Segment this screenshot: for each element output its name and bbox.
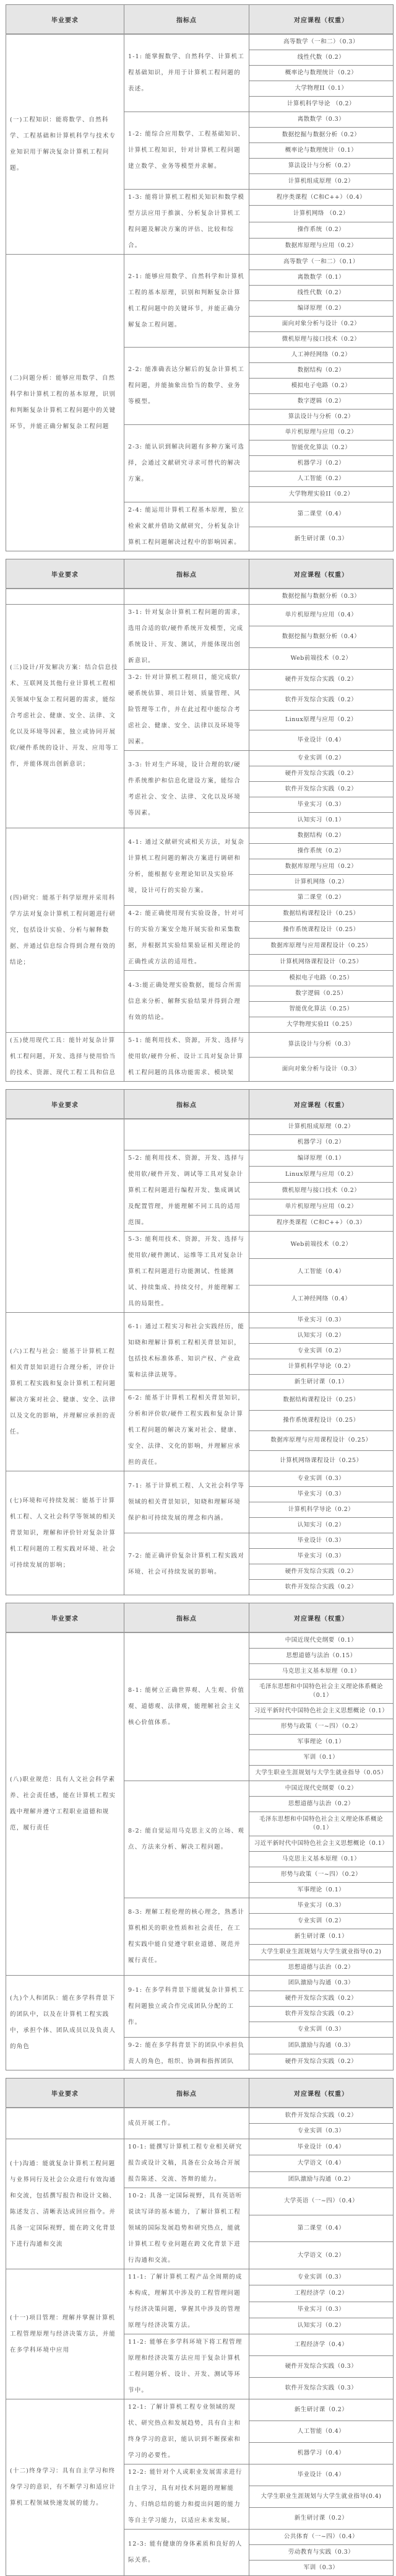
- course-cell: 计算机组成原理（0.2）: [249, 1119, 394, 1135]
- indicator-cell: 6-1: 通过工程实习和社会实践经历，能知晓和理解计算机工程相关背景知识，包括技…: [124, 1313, 249, 1390]
- course-cell: 大学语文（0.2）: [249, 2242, 394, 2269]
- course-cell: Web前端技术（0.2）: [249, 648, 394, 670]
- course-cell: 操作系统课程设计（0.25）: [249, 1410, 394, 1430]
- course-cell: 第二课堂（0.4）: [249, 2215, 394, 2242]
- indicator-cell: 7-2: 能正确评价复杂计算机工程实践对环境、社会可持续发展的影响。: [124, 1533, 249, 1595]
- table-row: (四)研究：能基于科学原理并采用科学方法对复杂计算机工程问题进行研究，包括设计实…: [6, 828, 394, 844]
- indicator-cell: 11-1: 了解计算机工程产品全周期的成本构成，理解其中涉及的工程管理问题与经济…: [124, 2269, 249, 2334]
- table-row: 成员开展工作。软件开发综合实践（0.2）: [6, 2108, 394, 2124]
- table-header-row: 毕业要求 指标点 对应课程（权重）: [6, 1090, 394, 1119]
- course-cell: 机器学习（0.2）: [249, 456, 394, 471]
- requirement-cell: (十)沟通：能就复杂计算机工程问题与业界同行及社会公众进行有效沟通和交流，包括撰…: [6, 2139, 124, 2269]
- course-cell: 硬件开发综合实践（0.2）: [249, 1991, 394, 2007]
- indicator-cell: 12-2: 能针对个人或职业发展需求进行自主学习，具有对技术问题的理解能力、归纳…: [124, 2464, 249, 2530]
- course-cell: 大学物理II（0.1）: [249, 81, 394, 97]
- course-cell: 面向对象分析与设计（0.3）: [249, 1057, 394, 1082]
- course-cell: 单片机原理与应用（0.4）: [249, 605, 394, 626]
- course-cell: 专业实训（0.2）: [249, 1914, 394, 1929]
- requirement-cell: (十二)终身学习：具有自主学习和终身学习的意识，有不断学习和适应计算机工程领域快…: [6, 2399, 124, 2576]
- course-cell: 思想道德与法治（0.2）: [249, 1960, 394, 1976]
- course-cell: 硬件开发综合实践（0.2）: [249, 766, 394, 782]
- course-cell: 计算机科学导论 （0.2）: [249, 97, 394, 112]
- course-cell: 大学生职业生涯规划与大学生就业指导（0.05）: [249, 1766, 394, 1781]
- course-cell: 编译原理（0.2）: [249, 301, 394, 317]
- header-courses: 对应课程（权重）: [249, 5, 394, 35]
- course-cell: 人工智能（0.4）: [249, 1258, 394, 1286]
- course-cell: 军训（0.1）: [249, 1750, 394, 1766]
- course-cell: 毕业设计（0.3）: [249, 1533, 394, 1549]
- course-cell: 新生研讨课（0.2）: [249, 2399, 394, 2421]
- course-cell: 认知实习（0.1）: [249, 813, 394, 828]
- table-page: 毕业要求 指标点 对应课程（权重） 计算机组成原理（0.2）机器学习（0.2）5…: [6, 1089, 393, 1595]
- course-cell: 军训（0.3）: [249, 2561, 394, 2576]
- course-cell: 专业实训（0.3）: [249, 2124, 394, 2139]
- indicator-cell: 1-3: 能将计算机工程相关知识和数学模型方法应用于推演、分析复杂计算机工程问题…: [124, 190, 249, 255]
- course-cell: 高等数学（一和二）（0.1）: [249, 255, 394, 270]
- course-cell: 毕业实习（0.3）: [249, 1313, 394, 1328]
- course-cell: 人工智能（0.2）: [249, 471, 394, 487]
- indicator-cell: 12-3: 能有健康的身体素质和良好的人际关系。: [124, 2530, 249, 2576]
- course-cell: 模拟电子电路（0.2）: [249, 379, 394, 394]
- course-cell: 认知实习（0.2）: [249, 2318, 394, 2334]
- course-cell: 大学生职业生涯规划与大学生就业指导(0.2): [249, 1945, 394, 1960]
- course-cell: 线性代数（0.2）: [249, 286, 394, 301]
- indicator-cell: 11-2: 能够在多学科环境下将工程管理原理和经济决策方法应用于复杂计算机工程问…: [124, 2334, 249, 2399]
- indicator-cell: 3-3: 针对生产环境，设计合理的软/硬件系统维护和信息化建设方案，能综合考虑社…: [124, 751, 249, 828]
- indicator-cell: 4-1: 通过文献研究或相关方法，对复杂计算机工程问题的解决方案进行调研和分析，…: [124, 828, 249, 906]
- course-cell: 工程经济学（0.2）: [249, 2285, 394, 2302]
- requirement-cell: [6, 2108, 124, 2139]
- course-cell: 大学生职业生涯规划与大学生就业指导(0.4): [249, 2486, 394, 2508]
- table-row: (五)使用现代工具：能针对复杂计算机工程问题，开发、选择与使用恰当的技术、资源、…: [6, 1033, 394, 1058]
- table-row: 计算机组成原理（0.2）: [6, 1119, 394, 1135]
- requirements-table: 毕业要求 指标点 对应课程（权重） 数据挖掘与数据分析（0.3）(三)设计/开发…: [6, 559, 394, 1082]
- course-cell: 思想道德与法治（0.15）: [249, 1649, 394, 1664]
- course-cell: 新生研讨课（0.3）: [249, 527, 394, 551]
- course-cell: 数据库原理与应用（0.2）: [249, 859, 394, 875]
- header-courses: 对应课程（权重）: [249, 559, 394, 589]
- indicator-cell: 5-2: 能利用技术、资源，开发、选择与使用软/硬件开发、调试等工具对复杂计算机…: [124, 1150, 249, 1232]
- table-header-row: 毕业要求 指标点 对应课程（权重）: [6, 1603, 394, 1633]
- course-cell: Linux原理与应用（0.2）: [249, 1167, 394, 1183]
- header-indicator: 指标点: [124, 1603, 249, 1633]
- course-cell: 毕业实习（0.3）: [249, 1898, 394, 1914]
- course-cell: 算法设计与分析（0.2）: [249, 410, 394, 425]
- indicator-cell: 5-1: 能利用技术、资源，开发、选择与使用软/硬件分析、设计工具对复杂计算机工…: [124, 1033, 249, 1082]
- requirement-cell: [6, 1119, 124, 1313]
- indicator-cell: [124, 1119, 249, 1150]
- course-cell: 人工神经网络（0.4）: [249, 1286, 394, 1313]
- indicator-cell: 3-1: 针对复杂计算机工程问题的需求，选用合适的软/硬件系统开发模型，完成系统…: [124, 605, 249, 670]
- course-cell: 专业实训（0.3）: [249, 1471, 394, 1487]
- course-cell: Web前端技术（0.2）: [249, 1232, 394, 1259]
- header-requirement: 毕业要求: [6, 559, 124, 589]
- indicator-cell: 8-2: 能自觉运用马克思主义的立场、观点、方法来分析、解决工程问题。: [124, 1781, 249, 1898]
- table-row: (七)环境和可持续发展：能基于计算机工程、人文社会科学等领域的相关背景知识，理解…: [6, 1471, 394, 1487]
- course-cell: 习近平新时代中国特色社会主义思想概论（0.1）: [249, 1836, 394, 1852]
- course-cell: 数据结构（0.2）: [249, 828, 394, 844]
- course-cell: 专业实训（0.2）: [249, 1344, 394, 1359]
- header-requirement: 毕业要求: [6, 5, 124, 35]
- course-cell: 概率论与数理统计（0.1）: [249, 143, 394, 159]
- requirement-cell: (七)环境和可持续发展：能基于计算机工程、人文社会科学等领域的相关背景知识，理解…: [6, 1471, 124, 1595]
- course-cell: 公共体育（一~四）（0.4）: [249, 2530, 394, 2545]
- course-cell: 程序类课程（C和C++）（0.4）: [249, 190, 394, 206]
- course-cell: 认知实习（0.2）: [249, 1328, 394, 1344]
- indicator-cell: 12-1: 了解计算机工程专业领域的现状、研究热点和发展趋势，具有自主和终身学习…: [124, 2399, 249, 2464]
- course-cell: 新生研讨课（0.2）: [249, 2508, 394, 2530]
- course-cell: 新生研讨课（0.1）: [249, 1929, 394, 1945]
- table-page: 毕业要求 指标点 对应课程（权重） 数据挖掘与数据分析（0.3）(三)设计/开发…: [6, 559, 393, 1082]
- requirement-cell: (十一)项目管理：理解并掌握计算机工程管理原理与经济决策方法，并能在多学科环境中…: [6, 2269, 124, 2399]
- header-requirement: 毕业要求: [6, 2079, 124, 2108]
- course-cell: 离散数学（0.3）: [249, 112, 394, 128]
- table-page: 毕业要求 指标点 对应课程（权重） 成员开展工作。软件开发综合实践（0.2）专业…: [6, 2078, 393, 2576]
- course-cell: 毕业实习（0.3）: [249, 1487, 394, 1502]
- table-row: (三)设计/开发解决方案：结合信息技术、互联网及其他行业计算机工程相关领域中复杂…: [6, 605, 394, 626]
- indicator-cell: 7-1: 基于计算机工程、人文社会科学等领域的相关背景知识，知晓和理解环境保护和…: [124, 1471, 249, 1533]
- course-cell: 软件开发综合实践（0.2）: [249, 2108, 394, 2124]
- course-cell: 算法设计与分析（0.2）: [249, 159, 394, 174]
- course-cell: Linux原理与应用（0.2）: [249, 710, 394, 730]
- course-cell: 智能优化算法（0.25）: [249, 1002, 394, 1017]
- indicator-cell: 成员开展工作。: [124, 2108, 249, 2139]
- course-cell: 软件开发综合实践（0.3）: [249, 2378, 394, 2399]
- indicator-cell: 6-2: 能基于计算机工程相关背景知识，分析和评价软/硬件工程实践和复杂计算机工…: [124, 1390, 249, 1471]
- course-cell: 团队激励与沟通（0.3）: [249, 2038, 394, 2054]
- table-header-row: 毕业要求 指标点 对应课程（权重）: [6, 559, 394, 589]
- table-row: (六)工程与社会：能基于计算机工程相关背景知识进行合理分析，评价计算机工程实践和…: [6, 1313, 394, 1328]
- course-cell: 操作系统（0.2）: [249, 844, 394, 859]
- course-cell: 数据结构课程设计（0.25）: [249, 1390, 394, 1411]
- course-cell: 形势与政策（一~四）（0.2）: [249, 1867, 394, 1883]
- course-cell: 微机原理与接口技术（0.2）: [249, 332, 394, 348]
- course-cell: 软件开发综合实践（0.2）: [249, 782, 394, 797]
- indicator-cell: 8-3: 理解工程伦理的核心理念，熟悉计算机相关的职业性质和社会责任，在工程实践…: [124, 1898, 249, 1976]
- course-cell: 专业实训（0.2）: [249, 751, 394, 766]
- course-cell: 大学语文（0.4）: [249, 2155, 394, 2171]
- indicator-cell: 10-1: 能撰写计算机工程专业相关研究报告或设计文稿，具备在公众场合开展报告陈…: [124, 2139, 249, 2188]
- course-cell: 数据挖掘与数据分析（0.3）: [249, 589, 394, 605]
- requirements-table: 毕业要求 指标点 对应课程（权重） 计算机组成原理（0.2）机器学习（0.2）5…: [6, 1089, 394, 1595]
- course-cell: 大学物理实验II（0.25）: [249, 1017, 394, 1033]
- table-row: (十)沟通：能就复杂计算机工程问题与业界同行及社会公众进行有效沟通和交流，包括撰…: [6, 2139, 394, 2155]
- course-cell: 毛泽东思想和中国特色社会主义理论体系概论（0.1）: [249, 1812, 394, 1836]
- course-cell: 人工神经网络（0.2）: [249, 348, 394, 363]
- course-cell: 毛泽东思想和中国特色社会主义理论体系概论（0.1）: [249, 1680, 394, 1704]
- course-cell: 人工智能（0.4）: [249, 2421, 394, 2443]
- header-courses: 对应课程（权重）: [249, 2079, 394, 2108]
- course-cell: 软件开发综合实践（0.2）: [249, 690, 394, 710]
- indicator-cell: [124, 589, 249, 605]
- course-cell: 智能优化算法（0.2）: [249, 440, 394, 456]
- course-cell: 数字逻辑（0.2）: [249, 394, 394, 410]
- course-cell: 计算机组成原理（0.2）: [249, 174, 394, 190]
- requirements-table: 毕业要求 指标点 对应课程（权重） (八)职业规范：具有人文社会科学素养、社会责…: [6, 1603, 394, 2070]
- course-cell: 毕业实习（0.3）: [249, 1549, 394, 1564]
- course-cell: 毕业实习（0.3）: [249, 2302, 394, 2318]
- table-row: (九)个人和团队：能在多学科背景下的团队中，以及在计算机工程实践中，承担个体、团…: [6, 1976, 394, 1991]
- indicator-cell: 4-2: 能正确使用现有实验设备，针对可行的实验方案安全地开展实验和采集数据，并…: [124, 906, 249, 971]
- course-cell: 数据结构课程设计（0.25）: [249, 906, 394, 922]
- course-cell: 第二课堂（0.4）: [249, 502, 394, 527]
- course-cell: 硬件开发综合实践（0.3）: [249, 2356, 394, 2378]
- course-cell: 机器学习（0.2）: [249, 1135, 394, 1150]
- course-cell: 模拟电子电路（0.25）: [249, 971, 394, 986]
- course-cell: 中国近现代史纲要（0.2）: [249, 1781, 394, 1797]
- course-cell: 思想道德与法治（0.2）: [249, 1797, 394, 1812]
- course-cell: 习近平新时代中国特色社会主义思想概论（0.1）: [249, 1704, 394, 1719]
- course-cell: 操作系统（0.2）: [249, 222, 394, 238]
- course-cell: 硬件开发综合实践（0.2）: [249, 1564, 394, 1580]
- requirements-table: 毕业要求 指标点 对应课程（权重） (一)工程知识：能将数学、自然科学、工程基础…: [6, 4, 394, 551]
- table-page: 毕业要求 指标点 对应课程（权重） (八)职业规范：具有人文社会科学素养、社会责…: [6, 1603, 393, 2070]
- requirement-cell: (一)工程知识：能将数学、自然科学、工程基础和计算机科学与技术专业知识用于解决复…: [6, 34, 124, 255]
- course-cell: 团队激励与沟通（0.3）: [249, 1976, 394, 1991]
- requirement-cell: (二)问题分析：能够应用数学、自然科学和计算机工程的基本原理，识别和判断复杂计算…: [6, 255, 124, 551]
- course-cell: 算法设计与分析（0.3）: [249, 1033, 394, 1058]
- table-row: (一)工程知识：能将数学、自然科学、工程基础和计算机科学与技术专业知识用于解决复…: [6, 34, 394, 50]
- header-courses: 对应课程（权重）: [249, 1090, 394, 1119]
- indicator-cell: 2-1: 能够应用数学、自然科学和计算机工程的基本原理，识别和判断复杂计算机工程…: [124, 255, 249, 348]
- table-page: 毕业要求 指标点 对应课程（权重） (一)工程知识：能将数学、自然科学、工程基础…: [6, 4, 393, 551]
- course-cell: 毕业实习（0.3）: [249, 797, 394, 813]
- indicator-cell: 9-2: 能在多学科背景下的团队中承担负责人的角色，组织、协调和指挥团队: [124, 2038, 249, 2070]
- course-cell: 数据库原理与应用课程设计（0.25）: [249, 1430, 394, 1451]
- indicator-cell: 4-3:能正确处理实验数据，能综合所需信息来分析、解释实验结果并得到合理有效的结…: [124, 971, 249, 1033]
- indicator-cell: 2-4: 能运用计算机工程基本原理，独立检索文献并借助文献研究，分析复杂计算机工…: [124, 502, 249, 551]
- course-cell: 数据库原理与应用课程设计（0.25）: [249, 938, 394, 954]
- indicator-cell: 2-2: 能准确表达分解后的复杂计算机工程问题，并能抽象出恰当的数学、业务等模型…: [124, 348, 249, 425]
- header-indicator: 指标点: [124, 559, 249, 589]
- header-requirement: 毕业要求: [6, 1603, 124, 1633]
- course-cell: 单片机原理与应用（0.2）: [249, 425, 394, 440]
- table-row: (二)问题分析：能够应用数学、自然科学和计算机工程的基本原理，识别和判断复杂计算…: [6, 255, 394, 270]
- course-cell: 面向对象分析与设计（0.2）: [249, 317, 394, 332]
- header-requirement: 毕业要求: [6, 1090, 124, 1119]
- header-indicator: 指标点: [124, 1090, 249, 1119]
- course-cell: 离散数学（0.1）: [249, 270, 394, 286]
- course-cell: 毕业设计（0.4）: [249, 730, 394, 751]
- course-cell: 毕业设计（0.4）: [249, 2464, 394, 2486]
- course-cell: 马克思主义基本原理（0.1）: [249, 1664, 394, 1680]
- course-cell: 硬件开发综合实践（0.2）: [249, 670, 394, 690]
- course-cell: 硬件开发综合实践（0.2）: [249, 2054, 394, 2070]
- course-cell: 大学物理实验II（0.2）: [249, 487, 394, 502]
- course-cell: 计算机网络 （0.2）: [249, 206, 394, 222]
- table-row: (十一)项目管理：理解并掌握计算机工程管理原理与经济决策方法，并能在多学科环境中…: [6, 2269, 394, 2285]
- indicator-cell: 1-2: 能综合应用数学、工程基础知识、计算机工程知识，针对计算机工程问题建立数…: [124, 112, 249, 190]
- course-cell: 劳动教育与实践（0.3）: [249, 2545, 394, 2561]
- course-cell: 线性代数（0.2）: [249, 50, 394, 66]
- course-cell: 计算机网络课程设计（0.25）: [249, 954, 394, 970]
- indicator-cell: 10-2: 具备一定国际视野，具有英语听说读写译的基本能力，了解计算机工程领域的…: [124, 2188, 249, 2269]
- course-cell: 微机原理与接口技术（0.2）: [249, 1183, 394, 1199]
- requirement-cell: (三)设计/开发解决方案：结合信息技术、互联网及其他行业计算机工程相关领域中复杂…: [6, 605, 124, 828]
- course-cell: 专业实训（0.3）: [249, 2269, 394, 2285]
- course-cell: 数据挖掘与数据分析（0.4）: [249, 626, 394, 648]
- course-cell: 计算机网络课程设计（0.25）: [249, 1451, 394, 1471]
- course-cell: 操作系统课程设计（0.25）: [249, 922, 394, 938]
- requirement-cell: [6, 589, 124, 605]
- course-cell: 概率论与数理统计（0.2）: [249, 66, 394, 81]
- requirement-cell: (四)研究：能基于科学原理并采用科学方法对复杂计算机工程问题进行研究，包括设计实…: [6, 828, 124, 1033]
- table-row: (十二)终身学习：具有自主学习和终身学习的意识，有不断学习和适应计算机工程领域快…: [6, 2399, 394, 2421]
- course-cell: 专业实训（0.3）: [249, 2022, 394, 2038]
- course-cell: 军事理论（0.1）: [249, 1735, 394, 1750]
- requirement-cell: (六)工程与社会：能基于计算机工程相关背景知识进行合理分析，评价计算机工程实践和…: [6, 1313, 124, 1471]
- course-cell: 中国近现代史纲要（0.1）: [249, 1632, 394, 1649]
- indicator-cell: 9-1: 在多学科背景下能就复杂计算机工程问题独立或合作完成团队分配的工作。: [124, 1976, 249, 2038]
- course-cell: 程序类课程（C和C++）（0.3）: [249, 1215, 394, 1231]
- indicator-cell: 5-3: 能利用技术、资源，开发、选择与使用软/硬件测试、运维等工具对复杂计算机…: [124, 1232, 249, 1313]
- table-header-row: 毕业要求 指标点 对应课程（权重）: [6, 5, 394, 35]
- table-row: (八)职业规范：具有人文社会科学素养、社会责任感，能在计算机工程实践中理解并遵守…: [6, 1632, 394, 1649]
- course-cell: 第二课堂（0.2）: [249, 890, 394, 906]
- header-indicator: 指标点: [124, 5, 249, 35]
- course-cell: 军事理论（0.1）: [249, 1883, 394, 1898]
- course-cell: 高等数学（一和二）（0.3）: [249, 34, 394, 50]
- course-cell: 团队激励与沟通（0.2）: [249, 2171, 394, 2188]
- requirements-table: 毕业要求 指标点 对应课程（权重） 成员开展工作。软件开发综合实践（0.2）专业…: [6, 2078, 394, 2576]
- course-cell: 软件开发综合实践（0.2）: [249, 1580, 394, 1595]
- table-row: 数据挖掘与数据分析（0.3）: [6, 589, 394, 605]
- course-cell: 数据挖掘与数据分析（0.2）: [249, 128, 394, 143]
- course-cell: 新生研讨课（0.1）: [249, 1375, 394, 1390]
- course-cell: 认知实习（0.2）: [249, 1518, 394, 1533]
- header-courses: 对应课程（权重）: [249, 1603, 394, 1633]
- course-cell: 计算机科学导论（0.2）: [249, 1502, 394, 1518]
- indicator-cell: 2-3: 能认识到解决问题有多种方案可选择，会通过文献研究寻求可替代的解决方案。: [124, 425, 249, 502]
- requirement-cell: (五)使用现代工具：能针对复杂计算机工程问题，开发、选择与使用恰当的技术、资源、…: [6, 1033, 124, 1082]
- course-cell: 单片机原理与应用（0.2）: [249, 1199, 394, 1215]
- course-cell: 软件开发综合实践（0.2）: [249, 2007, 394, 2022]
- course-cell: 机器学习（0.4）: [249, 2443, 394, 2464]
- indicator-cell: 3-2: 针对计算机工程项目，能完成软/硬系统估算、项目计划、质量管理、风险管理…: [124, 670, 249, 751]
- requirement-cell: (八)职业规范：具有人文社会科学素养、社会责任感，能在计算机工程实践中理解并遵守…: [6, 1632, 124, 1976]
- table-header-row: 毕业要求 指标点 对应课程（权重）: [6, 2079, 394, 2108]
- graduation-requirements-document: 毕业要求 指标点 对应课程（权重） (一)工程知识：能将数学、自然科学、工程基础…: [0, 4, 396, 2576]
- course-cell: 数据库原理与应用（0.2）: [249, 238, 394, 254]
- course-cell: 数据结构（0.2）: [249, 363, 394, 379]
- course-cell: 毕业设计（0.4）: [249, 2139, 394, 2155]
- course-cell: 编译原理（0.1）: [249, 1150, 394, 1167]
- course-cell: 形势与政策（一~四）（0.2）: [249, 1719, 394, 1735]
- course-cell: 计算机科学导论（0.2）: [249, 1359, 394, 1375]
- course-cell: 工程经济学（0.4）: [249, 2334, 394, 2356]
- indicator-cell: 1-1: 能掌握数学、自然科学、计算机工程基础知识，并用于计算机工程问题的表述。: [124, 34, 249, 112]
- course-cell: 数字逻辑（0.25）: [249, 986, 394, 1002]
- course-cell: 大学英语（一~四）（0.4）: [249, 2188, 394, 2215]
- requirement-cell: (九)个人和团队：能在多学科背景下的团队中，以及在计算机工程实践中，承担个体、团…: [6, 1976, 124, 2070]
- course-cell: 马克思主义基本原理（0.1）: [249, 1852, 394, 1867]
- course-cell: 计算机网络（0.2）: [249, 875, 394, 890]
- indicator-cell: 8-1: 能树立正确世界观、人生观、价值观、道德观、法律观，能理解社会主义核心价…: [124, 1632, 249, 1781]
- header-indicator: 指标点: [124, 2079, 249, 2108]
